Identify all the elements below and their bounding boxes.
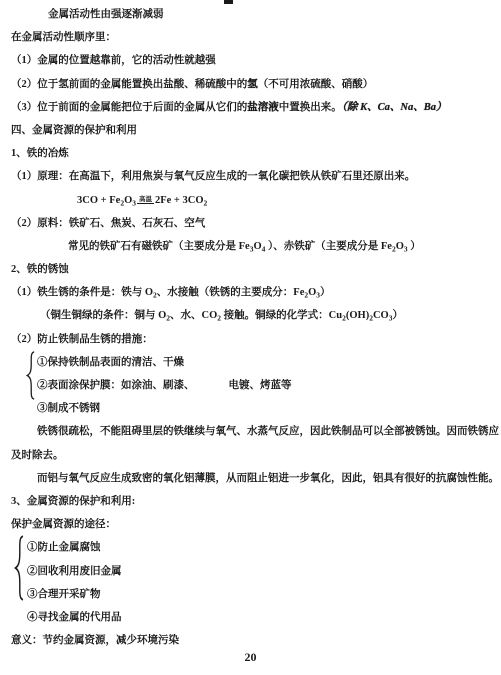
left-curly-brace-resource-protection-ways [13, 535, 25, 601]
line-measure-1: ①保持铁制品表面的清洁、干燥 [0, 351, 501, 374]
line-smelting-equation: 3CO + Fe2O3高温2Fe + 3CO2 [0, 189, 501, 212]
line-copper-patina: （铜生铜绿的条件：铜与 O2、水、CO2 接触。铜绿的化学式：Cu2(OH)2C… [0, 304, 501, 327]
line-significance: 意义：节约金属资源，减少环境污染 [0, 629, 501, 652]
line-rule-2: （2）位于氢前面的金属能置换出盐酸、稀硫酸中的氢（不可用浓硫酸、硝酸） [0, 73, 501, 96]
heading-iron-rusting: 2、铁的锈蚀 [0, 258, 501, 281]
line-way-1: ①防止金属腐蚀 [0, 536, 501, 559]
heading-section-4: 四、金属资源的保护和利用 [0, 119, 501, 142]
line-iron-ores: 常见的铁矿石有磁铁矿（主要成分是 Fe3O4 ）、赤铁矿（主要成分是 Fe2O3… [0, 235, 501, 258]
line-rust-note-1: 铁锈很疏松，不能阻碍里层的铁继续与氧气、水蒸气反应，因此铁制品可以全部被锈蚀。因… [0, 420, 501, 443]
line-aluminum-note: 而铝与氧气反应生成致密的氧化铝薄膜，从而阻止铝进一步氧化，因此，铝具有很好的抗腐… [0, 467, 501, 490]
line-rust-conditions: （1）铁生锈的条件是：铁与 O2、水接触（铁锈的主要成分：Fe2O3） [0, 281, 501, 304]
page-number: 20 [0, 650, 501, 665]
line-raw-materials: （2）原料：铁矿石、焦炭、石灰石、空气 [0, 212, 501, 235]
line-measure-2: ②表面涂保护膜：如涂油、刷漆、电镀、烤蓝等 [0, 374, 501, 397]
line-rule-1: （1）金属的位置越靠前，它的活动性就越强 [0, 49, 501, 72]
document-body: 金属活动性由强逐渐减弱在金属活动性顺序里：（1）金属的位置越靠前，它的活动性就越… [0, 3, 501, 652]
reaction-condition-label: 高温 [137, 196, 154, 204]
line-rule-3: （3）位于前面的金属能把位于后面的金属从它们的盐溶液中置换出来。（除 K、Ca、… [0, 96, 501, 119]
line-rust-prevention-intro: （2）防止铁制品生锈的措施： [0, 328, 501, 351]
line-way-3: ③合理开采矿物 [0, 583, 501, 606]
heading-resource-protection: 3、金属资源的保护和利用: [0, 490, 501, 513]
line-way-4: ④寻找金属的代用品 [0, 606, 501, 629]
line-rust-note-2: 及时除去。 [0, 444, 501, 467]
line-activity-note: 金属活动性由强逐渐减弱 [0, 3, 501, 26]
heading-iron-smelting: 1、铁的冶炼 [0, 142, 501, 165]
line-measure-3: ③制成不锈钢 [0, 397, 501, 420]
left-curly-brace-rust-prevention-measures [25, 351, 36, 400]
line-way-2: ②回收利用废旧金属 [0, 560, 501, 583]
line-activity-order-intro: 在金属活动性顺序里： [0, 26, 501, 49]
line-protection-ways-intro: 保护金属资源的途径： [0, 513, 501, 536]
line-smelting-principle: （1）原理：在高温下，利用焦炭与氧气反应生成的一氧化碳把铁从铁矿石里还原出来。 [0, 165, 501, 188]
document-page: 金属活动性由强逐渐减弱在金属活动性顺序里：（1）金属的位置越靠前，它的活动性就越… [0, 0, 501, 675]
